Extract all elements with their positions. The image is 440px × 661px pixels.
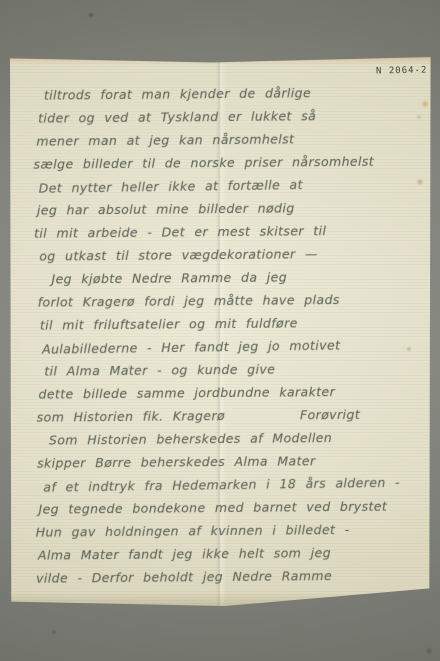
paper-bottom-crease [10, 592, 431, 606]
handwriting-line: Jeg tegnede bondekone med barnet ved bry… [38, 494, 423, 520]
handwriting-line: Jeg kjøbte Nedre Ramme da jeg [51, 264, 421, 290]
handwriting-line: tider og ved at Tyskland er lukket så [38, 103, 420, 129]
handwriting-line: og utkast til store vægdekorationer — [39, 241, 421, 267]
handwriting-line: Hun gav holdningen af kvinnen i billedet… [36, 517, 424, 543]
handwriting-line: Som Historien beherskedes af Modellen [49, 425, 423, 451]
handwriting-line: som Historien fik. Kragerø Forøvrigt [37, 402, 423, 428]
handwriting-line: vilde - Derfor beholdt jeg Nedre Ramme [36, 563, 424, 589]
handwriting-line: mener man at jeg kan nårsomhelst [36, 126, 420, 152]
handwriting-line: dette billede samme jordbundne karakter [38, 379, 422, 405]
archive-number-label: N 2064-2 [376, 66, 428, 77]
handwriting-line: forlot Kragerø fordi jeg måtte have plad… [38, 287, 422, 313]
handwriting-line: til Alma Mater - og kunde give [44, 356, 422, 382]
handwriting-line: til mit arbeide - Det er mest skitser ti… [34, 218, 421, 244]
letter-paper: N 2064-2 tiltrods forat man kjender de d… [10, 57, 431, 606]
handwriting-line: tiltrods forat man kjender de dårlige [44, 80, 420, 106]
handwriting-line: jeg har absolut mine billeder nødig [37, 195, 421, 221]
handwritten-text-block: tiltrods forat man kjender de dårligetid… [32, 80, 424, 589]
paper-fold-edge [10, 57, 431, 65]
photo-background: N 2064-2 tiltrods forat man kjender de d… [0, 0, 440, 661]
handwriting-line: Alma Mater fandt jeg ikke helt som jeg [38, 540, 424, 566]
